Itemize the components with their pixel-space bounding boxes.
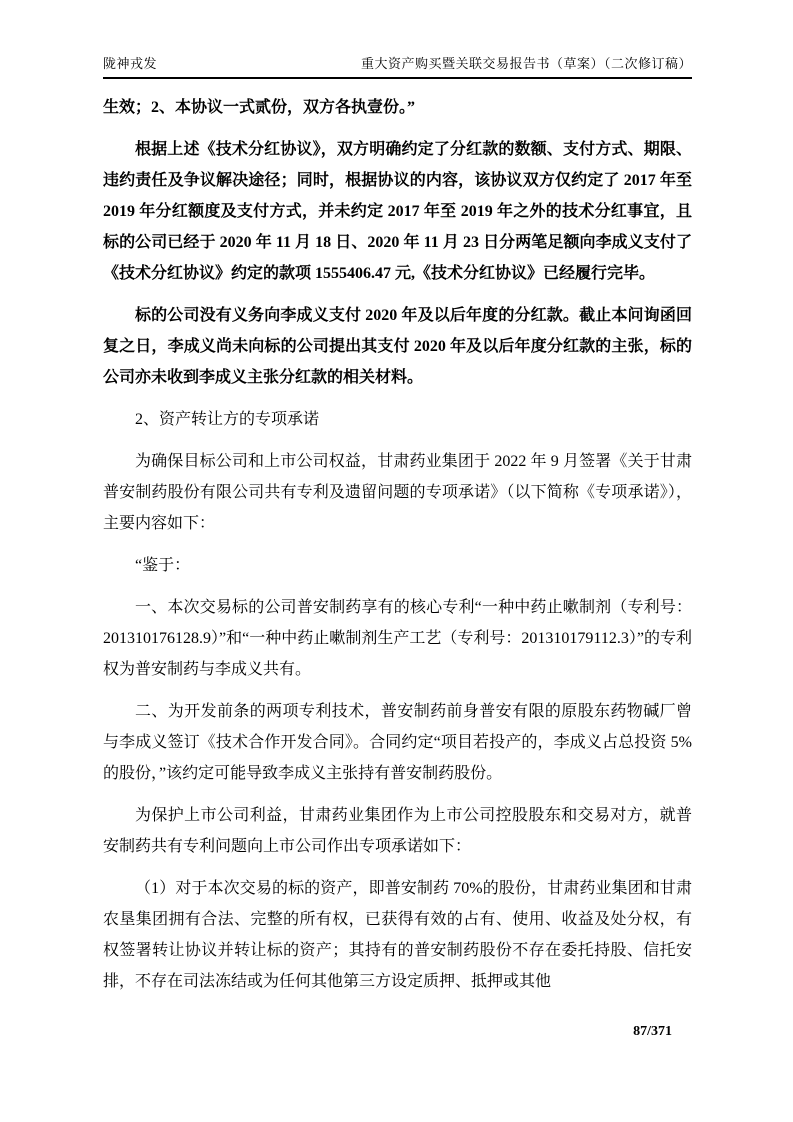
paragraph: “鉴于： <box>103 550 692 581</box>
paragraph: 为确保目标公司和上市公司权益，甘肃药业集团于 2022 年 9 月签署《关于甘肃… <box>103 446 692 539</box>
paragraph: 生效；2、本协议一式贰份，双方各执壹份。” <box>103 92 692 123</box>
header-company-short-name: 陇神戎发 <box>103 53 157 72</box>
document-page: 陇神戎发 重大资产购买暨关联交易报告书（草案）（二次修订稿） 生效；2、本协议一… <box>0 0 793 1122</box>
header-document-title: 重大资产购买暨关联交易报告书（草案）（二次修订稿） <box>361 53 692 72</box>
paragraph: 标的公司没有义务向李成义支付 2020 年及以后年度的分红款。截止本问询函回复之… <box>103 300 692 393</box>
page-header: 陇神戎发 重大资产购买暨关联交易报告书（草案）（二次修订稿） <box>103 53 692 79</box>
paragraph: 根据上述《技术分红协议》，双方明确约定了分红款的数额、支付方式、期限、违约责任及… <box>103 134 692 289</box>
paragraph: 为保护上市公司利益，甘肃药业集团作为上市公司控股股东和交易对方，就普安制药共有专… <box>103 800 692 862</box>
page-number: 87/371 <box>633 1024 672 1040</box>
paragraph: （1）对于本次交易的标的资产，即普安制药 70%的股份，甘肃药业集团和甘肃农垦集… <box>103 873 692 997</box>
paragraph: 一、本次交易标的公司普安制药享有的核心专利“一种中药止嗽制剂（专利号：20131… <box>103 592 692 685</box>
document-body: 生效；2、本协议一式贰份，双方各执壹份。”根据上述《技术分红协议》，双方明确约定… <box>103 92 692 1008</box>
paragraph: 二、为开发前条的两项专利技术，普安制药前身普安有限的原股东药物碱厂曾与李成义签订… <box>103 696 692 789</box>
paragraph: 2、资产转让方的专项承诺 <box>103 404 692 435</box>
